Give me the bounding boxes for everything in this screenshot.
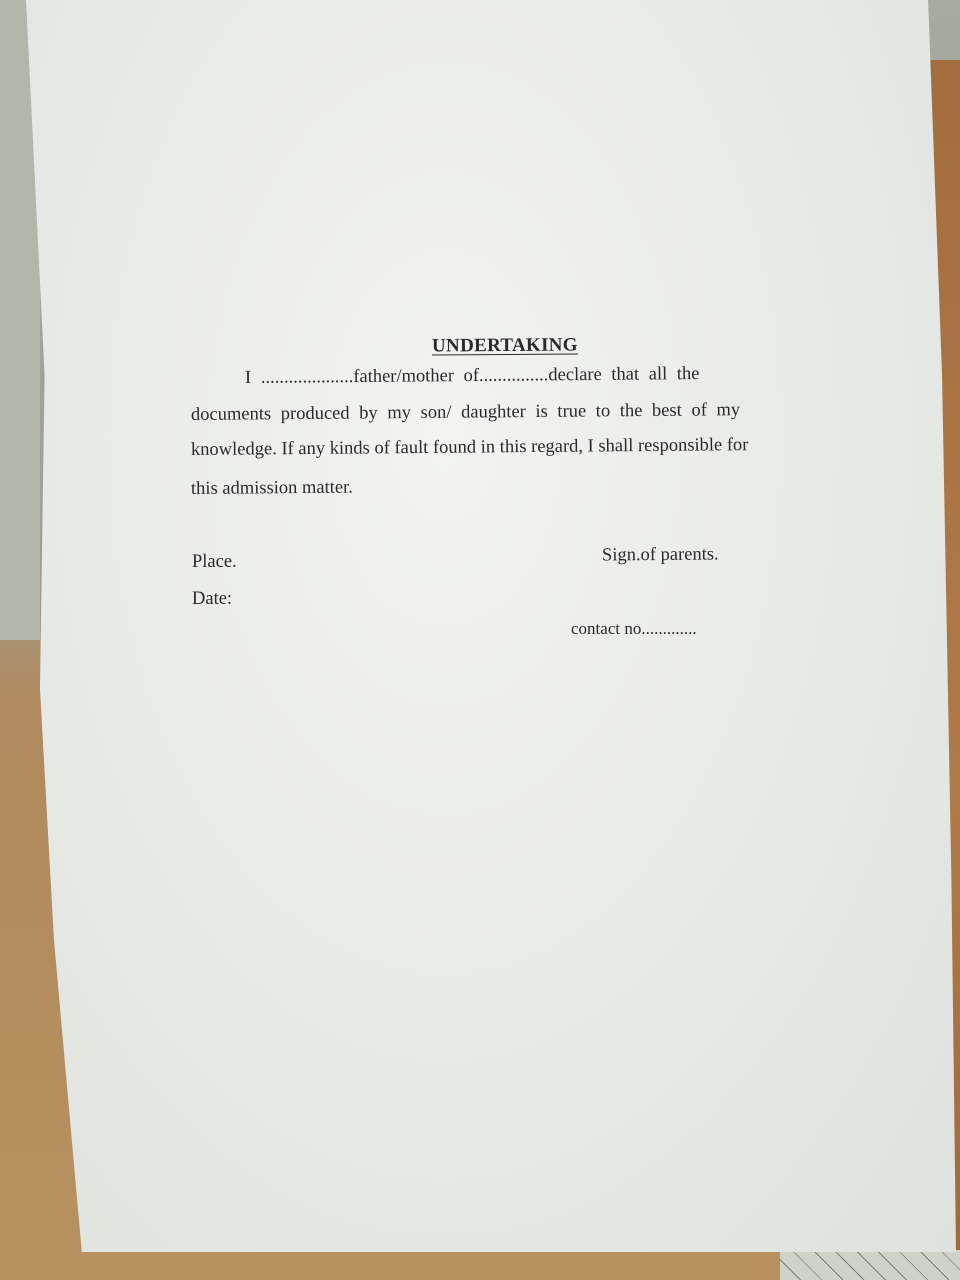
- undertaking-form: UNDERTAKING I ....................father…: [0, 0, 960, 1280]
- contact-number-label: contact no.............: [571, 619, 697, 639]
- date-label: Date:: [192, 589, 232, 610]
- signature-label: Sign.of parents.: [602, 544, 719, 566]
- declaration-line-1: I ....................father/mother of..…: [245, 364, 700, 389]
- place-label: Place.: [192, 552, 237, 573]
- declaration-line-4: this admission matter.: [191, 478, 353, 500]
- declaration-line-2: documents produced by my son/ daughter i…: [191, 400, 740, 426]
- declaration-line-3: knowledge. If any kinds of fault found i…: [191, 435, 749, 461]
- document-title: UNDERTAKING: [432, 334, 578, 357]
